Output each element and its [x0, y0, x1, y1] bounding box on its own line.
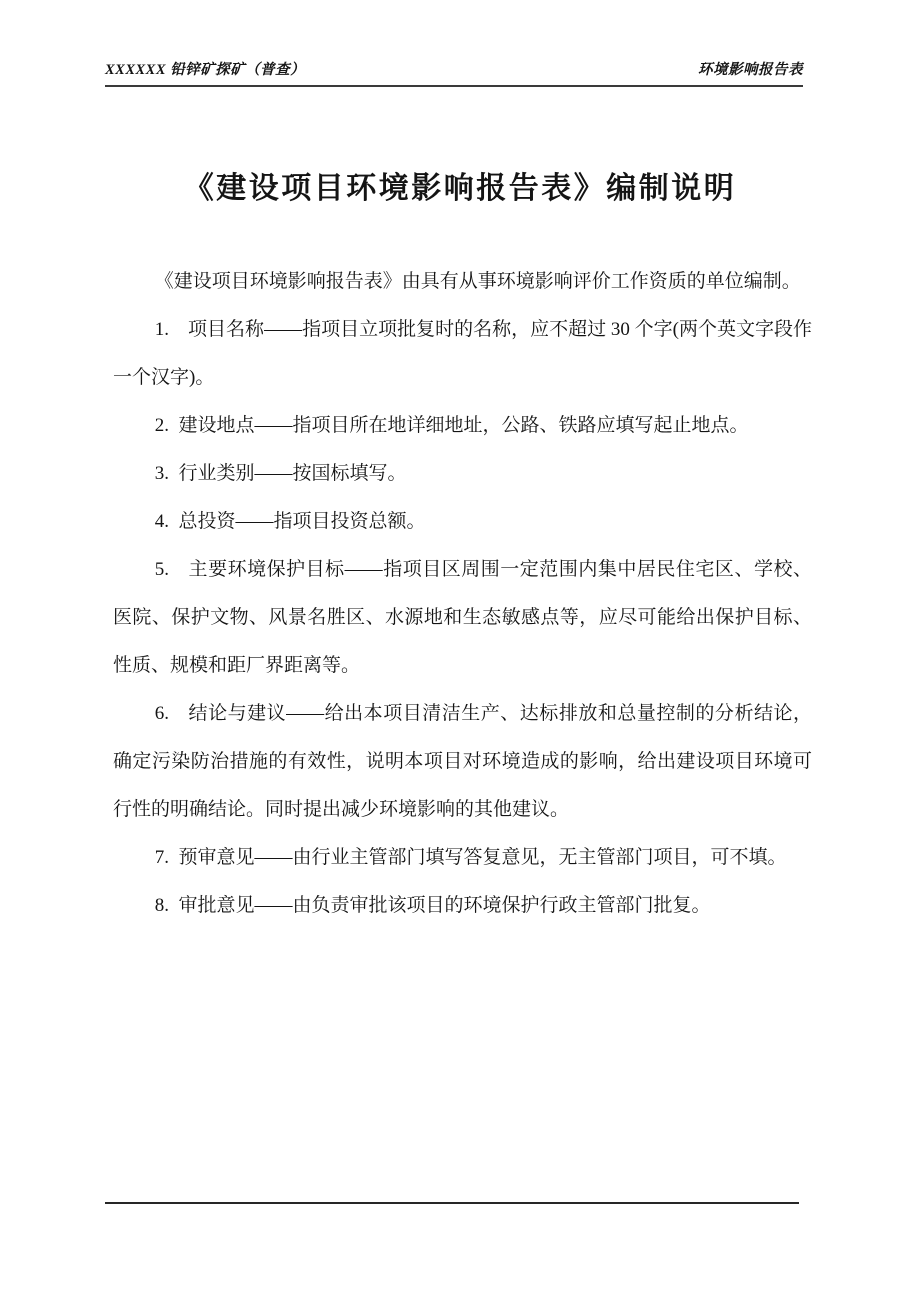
item-paragraph-3: 3. 行业类别——按国标填写。 [113, 450, 812, 498]
document-page: XXXXXX 铅锌矿探矿（普查） 环境影响报告表 《建设项目环境影响报告表》编制… [0, 0, 920, 1302]
page-header: XXXXXX 铅锌矿探矿（普查） 环境影响报告表 [105, 58, 803, 87]
footer-rule [105, 1202, 799, 1204]
intro-paragraph: 《建设项目环境影响报告表》由具有从事环境影响评价工作资质的单位编制。 [113, 258, 812, 306]
item-paragraph-2: 2. 建设地点——指项目所在地详细地址，公路、铁路应填写起止地点。 [113, 402, 812, 450]
header-left-text: XXXXXX 铅锌矿探矿（普查） [105, 58, 305, 79]
item-paragraph-7: 7. 预审意见——由行业主管部门填写答复意见，无主管部门项目，可不填。 [113, 834, 812, 882]
item-paragraph-1: 1. 项目名称——指项目立项批复时的名称，应不超过 30 个字(两个英文字段作一… [113, 306, 812, 402]
page-title: 《建设项目环境影响报告表》编制说明 [60, 163, 860, 207]
header-right-text: 环境影响报告表 [698, 58, 803, 79]
item-paragraph-8: 8. 审批意见——由负责审批该项目的环境保护行政主管部门批复。 [113, 882, 812, 930]
item-paragraph-5: 5. 主要环境保护目标——指项目区周围一定范围内集中居民住宅区、学校、医院、保护… [113, 546, 812, 690]
document-body: 《建设项目环境影响报告表》由具有从事环境影响评价工作资质的单位编制。 1. 项目… [113, 258, 812, 930]
item-paragraph-4: 4. 总投资——指项目投资总额。 [113, 498, 812, 546]
item-paragraph-6: 6. 结论与建议——给出本项目清洁生产、达标排放和总量控制的分析结论，确定污染防… [113, 690, 812, 834]
